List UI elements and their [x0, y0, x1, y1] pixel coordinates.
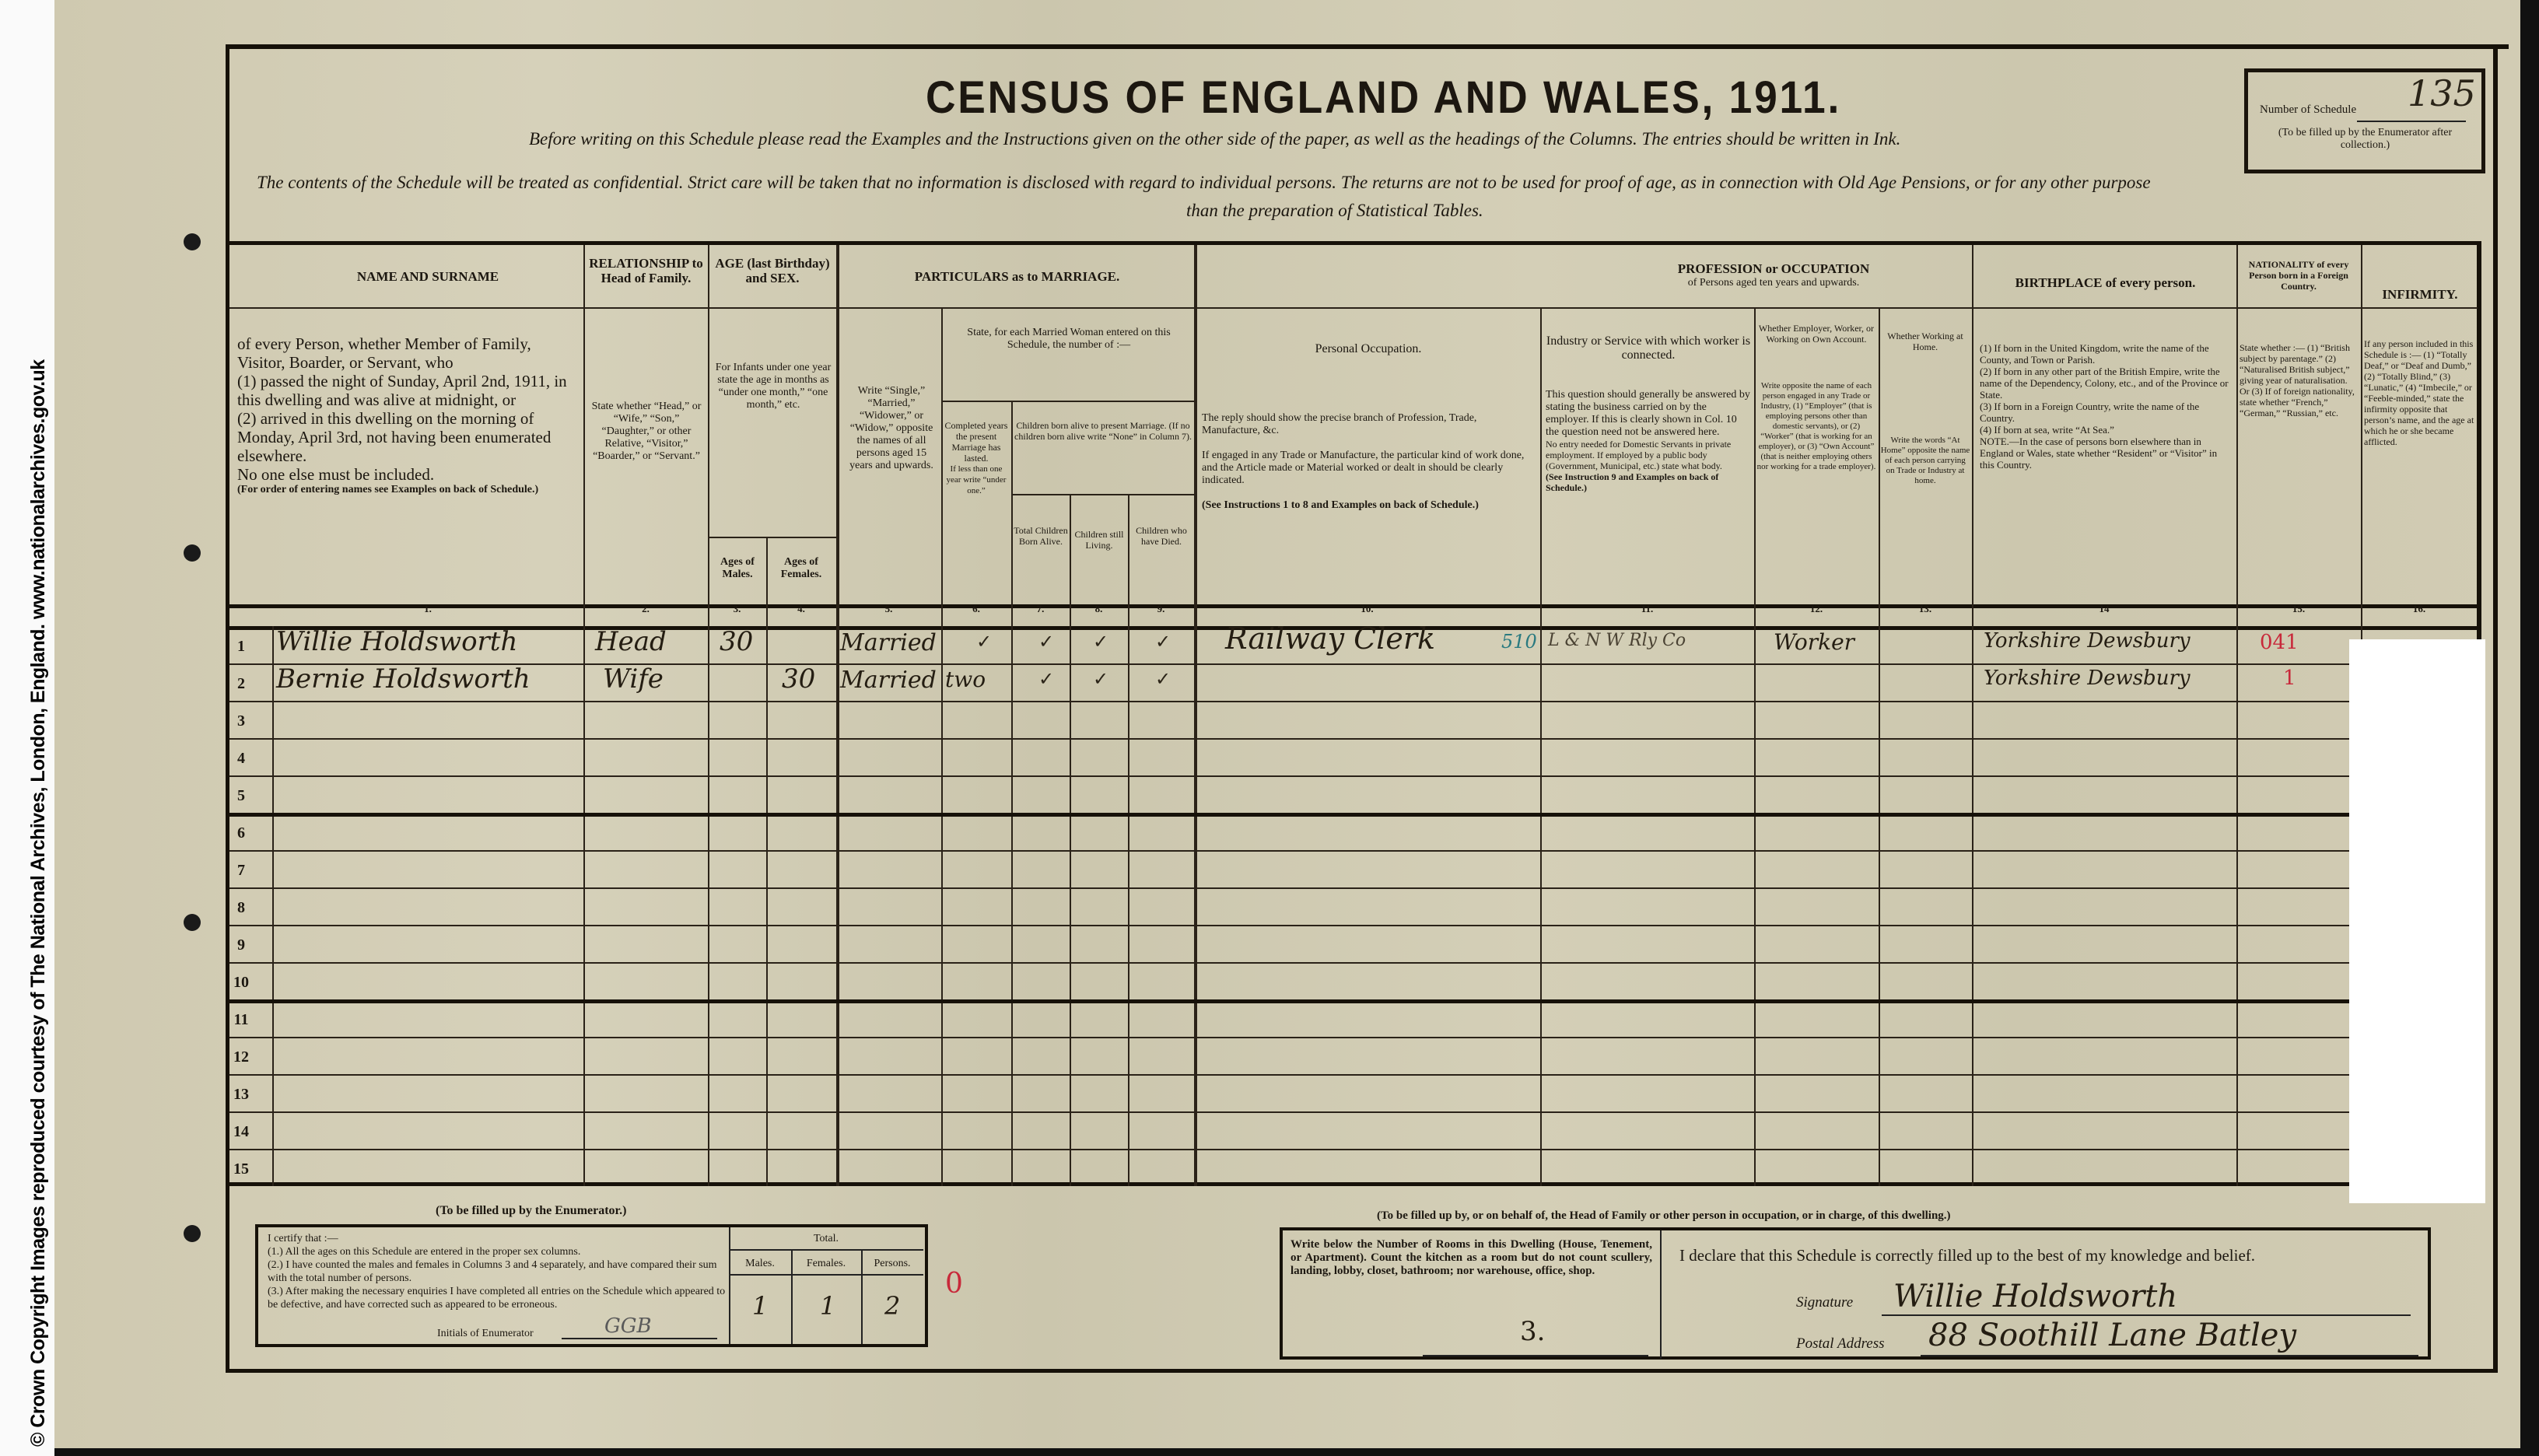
birthplace-d4: (4) If born at sea, write “At Sea.”: [1980, 424, 2233, 436]
row2-children-died[interactable]: ✓: [1155, 668, 1171, 690]
industry-d1: This question should generally be answer…: [1546, 389, 1751, 439]
row-number: 1: [229, 638, 253, 656]
totals-divider: [729, 1249, 923, 1251]
industry-d2: No entry needed for Domestic Servants in…: [1546, 439, 1751, 471]
row1-children-living[interactable]: ✓: [1093, 631, 1108, 653]
name-rule-1: (1) passed the night of Sunday, April 2n…: [237, 372, 580, 409]
row-line: [229, 738, 2478, 740]
postal-address-label: Postal Address: [1796, 1335, 1884, 1353]
col-marriage-completed: Completed years the present Marriage has…: [943, 420, 1010, 496]
col-infirmity-title: INFIRMITY.: [2382, 287, 2457, 302]
row2-red-code: 1: [2283, 667, 2296, 690]
col-divider: [1194, 245, 1197, 1186]
row1-name[interactable]: Willie Holdsworth: [276, 626, 517, 657]
col-marriage-write: Write “Single,” “Married,” “Widower,” or…: [844, 385, 939, 472]
total-females-label: Females.: [791, 1257, 861, 1270]
row2-birthplace[interactable]: Yorkshire Dewsbury: [1984, 667, 2191, 690]
declaration-text: I declare that this Schedule is correctl…: [1679, 1246, 2255, 1265]
postal-address[interactable]: 88 Soothill Lane Batley: [1928, 1318, 2296, 1353]
col-divider: [836, 245, 839, 1186]
row-line: [229, 850, 2478, 852]
row-number: 11: [229, 1011, 253, 1029]
name-rule-3: No one else must be included.: [237, 465, 580, 484]
personal-d2: If engaged in any Trade or Manufacture, …: [1202, 450, 1536, 487]
row2-condition[interactable]: Married: [840, 667, 937, 694]
total-persons-label: Persons.: [861, 1257, 923, 1270]
row-number: 13: [229, 1086, 253, 1104]
col-home: Whether Working at Home.: [1880, 331, 1970, 352]
initials-line: [562, 1338, 717, 1339]
col-marriage-state: State, for each Married Woman entered on…: [945, 327, 1192, 352]
col-personal-desc: The reply should show the precise branch…: [1202, 412, 1536, 512]
col-nationality-title: NATIONALITY of every Person born in a Fo…: [2238, 259, 2359, 292]
redacted-infirmity-area: [2349, 639, 2485, 1203]
row-line: [229, 1111, 2478, 1113]
row2-children-born[interactable]: ✓: [1038, 668, 1054, 690]
row-line: [229, 887, 2478, 889]
schedule-number-box: Number of Schedule 135 (To be filled up …: [2244, 68, 2485, 173]
col-birthplace-title: BIRTHPLACE of every person.: [2015, 275, 2196, 290]
col-divider: [708, 245, 709, 1186]
completed-text: Completed years the present Marriage has…: [943, 420, 1010, 464]
row2-years-married[interactable]: two: [945, 667, 986, 692]
col-age-desc: For Infants under one year state the age…: [712, 362, 835, 411]
row1-years-married[interactable]: ✓: [976, 631, 992, 653]
col-marriage-title: PARTICULARS as to MARRIAGE.: [915, 269, 1120, 284]
subheader-divider: [708, 537, 836, 538]
colnum-13: 13.: [1879, 603, 1972, 615]
row-line: [229, 1149, 2478, 1150]
personal-d3: (See Instructions 1 to 8 and Examples on…: [1202, 499, 1536, 512]
address-line: [1921, 1355, 2418, 1356]
colnum-5: 5.: [836, 603, 941, 615]
colnum-16: 16.: [2361, 603, 2478, 615]
row-line-thick: [229, 999, 2478, 1003]
colnum-3: 3.: [708, 603, 766, 615]
colnum-1: 1.: [272, 603, 583, 615]
birthplace-d2: (2) If born in any other part of the Bri…: [1980, 366, 2233, 401]
col-nationality-desc: State whether :— (1) “British subject by…: [2240, 342, 2358, 418]
col-personal-occupation: Personal Occupation.: [1198, 342, 1539, 356]
initials-label: Initials of Enumerator: [437, 1327, 534, 1340]
certify-1: (1.) All the ages on this Schedule are e…: [268, 1245, 727, 1258]
confidential-text-2: than the preparation of Statistical Tabl…: [1186, 201, 1483, 221]
col-industry: Industry or Service with which worker is…: [1544, 334, 1753, 362]
row2-name[interactable]: Bernie Holdsworth: [276, 663, 531, 695]
row-line: [229, 925, 2478, 926]
row-number: 6: [229, 824, 253, 842]
rooms-instruction: Write below the Number of Rooms in this …: [1291, 1238, 1652, 1278]
subheader-divider: [1011, 494, 1194, 495]
punch-hole: [184, 544, 201, 562]
schedule-number-label: Number of Schedule: [2260, 103, 2356, 117]
enumerator-certificate-box: I certify that :— (1.) All the ages on t…: [255, 1224, 928, 1347]
col-divider: [1972, 245, 1973, 1186]
row-number: 3: [229, 712, 253, 730]
occupier-declaration-box: Write below the Number of Rooms in this …: [1280, 1227, 2431, 1360]
col-infirmity-desc: If any person included in this Schedule …: [2364, 338, 2476, 447]
row1-birthplace[interactable]: Yorkshire Dewsbury: [1984, 629, 2191, 653]
row-number: 7: [229, 862, 253, 880]
schedule-number-line: [2357, 121, 2466, 122]
col-name-desc: of every Person, whether Member of Famil…: [237, 334, 580, 496]
schedule-number-note: (To be filled up by the Enumerator after…: [2254, 127, 2476, 152]
total-persons[interactable]: 2: [884, 1291, 900, 1321]
completed-note: If less than one year write “under one.”: [943, 464, 1010, 496]
row1-condition[interactable]: Married: [840, 629, 937, 656]
row-line: [229, 775, 2478, 777]
row-line: [229, 701, 2478, 702]
colnum-9: 9.: [1128, 603, 1194, 615]
col-age-title: AGE (last Birthday) and SEX.: [715, 256, 829, 285]
colnum-2: 2.: [583, 603, 708, 615]
rooms-line: [1423, 1355, 1648, 1356]
enumerator-initials[interactable]: GGB: [604, 1314, 652, 1338]
page-top-border: [226, 44, 2509, 49]
col-name-title: NAME AND SURNAME: [357, 269, 499, 284]
col-divider: [1128, 494, 1129, 1186]
row-line: [229, 1037, 2478, 1038]
col-age-females: Ages of Females.: [768, 556, 835, 581]
name-intro: of every Person, whether Member of Famil…: [237, 334, 580, 372]
col-age-males: Ages of Males.: [710, 556, 765, 581]
colnum-4: 4.: [766, 603, 836, 615]
row1-children-died[interactable]: ✓: [1155, 631, 1171, 653]
colnum-12: 12.: [1754, 603, 1879, 615]
page-title: CENSUS OF ENGLAND AND WALES, 1911.: [926, 72, 1841, 124]
punch-hole: [184, 1225, 201, 1242]
punch-hole: [184, 233, 201, 250]
row1-occupation[interactable]: Railway Clerk: [1225, 621, 1435, 656]
birthplace-d3: (3) If born in a Foreign Country, write …: [1980, 401, 2233, 424]
row2-children-living[interactable]: ✓: [1093, 668, 1108, 690]
total-label: Total.: [729, 1232, 923, 1245]
row-line-thick: [229, 813, 2478, 817]
certify-heading: I certify that :—: [268, 1232, 727, 1245]
subheader-divider: [941, 401, 1194, 402]
copyright-text: © Crown Copyright Images reproduced cour…: [27, 359, 50, 1447]
industry-d3: (See Instruction 9 and Examples on back …: [1546, 471, 1751, 493]
birthplace-d1: (1) If born in the United Kingdom, write…: [1980, 342, 2233, 366]
schedule-number-value[interactable]: 135: [2408, 72, 2476, 114]
row1-occupation-code: 510: [1501, 631, 1537, 653]
colnum-6: 6.: [941, 603, 1011, 615]
col-relationship-title: RELATIONSHIP to Head of Family.: [589, 256, 703, 285]
row1-children-born[interactable]: ✓: [1038, 631, 1054, 653]
col-industry-desc: This question should generally be answer…: [1546, 389, 1751, 493]
col-home-desc: Write the words “At Home” opposite the n…: [1880, 436, 1970, 486]
col-birthplace-desc: (1) If born in the United Kingdom, write…: [1980, 342, 2233, 471]
certify-3: (3.) After making the necessary enquirie…: [268, 1285, 727, 1311]
total-males-label: Males.: [729, 1257, 791, 1270]
punch-hole: [184, 914, 201, 931]
confidential-text: The contents of the Schedule will be tre…: [257, 173, 2466, 193]
row-line: [229, 663, 2478, 665]
row-line: [229, 962, 2478, 964]
row-number: 5: [229, 787, 253, 805]
certify-text: I certify that :— (1.) All the ages on t…: [268, 1232, 727, 1311]
row-number: 10: [229, 974, 253, 992]
colnum-10: 10.: [1194, 603, 1540, 615]
personal-d1: The reply should show the precise branch…: [1202, 412, 1536, 437]
row-number: 2: [229, 675, 253, 693]
page-bottom-border: [226, 1369, 2497, 1373]
row1-employer-status[interactable]: Worker: [1774, 629, 1854, 655]
row-number: 8: [229, 899, 253, 917]
row2-relationship[interactable]: Wife: [603, 663, 664, 695]
col-employer-desc: Write opposite the name of each person e…: [1756, 381, 1877, 472]
totals-divider: [729, 1274, 923, 1276]
signature-label: Signature: [1796, 1294, 1853, 1311]
name-rule-4: (For order of entering names see Example…: [237, 484, 580, 496]
col-divider: [766, 537, 768, 1186]
col-divider: [1540, 307, 1542, 1186]
row1-red-code: 041: [2260, 631, 2299, 654]
col-relationship-desc: State whether “Head,” or “Wife,” “Son,” …: [587, 401, 706, 463]
row1-relationship[interactable]: Head: [595, 626, 667, 657]
row-number: 4: [229, 750, 253, 768]
row-line: [229, 1074, 2478, 1076]
certify-2: (2.) I have counted the males and female…: [268, 1258, 727, 1285]
row-number: 9: [229, 936, 253, 954]
col-divider: [583, 245, 585, 1186]
row1-industry[interactable]: L & N W Rly Co: [1548, 631, 1686, 650]
instruction-text: Before writing on this Schedule please r…: [529, 129, 2163, 149]
page-right-border: [2493, 44, 2498, 1373]
colnum-7: 7.: [1011, 603, 1070, 615]
census-table: NAME AND SURNAME of every Person, whethe…: [226, 241, 2481, 1186]
row-number: 12: [229, 1048, 253, 1066]
birthplace-note: NOTE.—In the case of persons born elsewh…: [1980, 436, 2233, 471]
col-divider: [2236, 245, 2238, 1186]
col-have-died: Children who have Died.: [1129, 525, 1193, 547]
row-number: 14: [229, 1123, 253, 1141]
row-number: 15: [229, 1160, 253, 1178]
col-marriage-children: Children born alive to present Marriage.…: [1014, 420, 1192, 442]
enumerator-heading: (To be filled up by the Enumerator.): [436, 1204, 627, 1218]
total-females[interactable]: 1: [820, 1291, 835, 1321]
copyright-credit: © Crown Copyright Images reproduced cour…: [0, 0, 54, 1456]
col-divider: [1011, 401, 1013, 1186]
colnum-15: 15.: [2236, 603, 2361, 615]
header-divider: [229, 307, 2478, 309]
name-rule-2: (2) arrived in this dwelling on the morn…: [237, 409, 580, 465]
col-occupation-title: PROFESSION or OCCUPATION: [1678, 261, 1870, 276]
rownum-divider: [272, 626, 274, 1186]
signature[interactable]: Willie Holdsworth: [1893, 1279, 2177, 1314]
signature-line: [1882, 1314, 2411, 1316]
number-of-rooms[interactable]: 3.: [1520, 1316, 1545, 1347]
colnum-8: 8.: [1070, 603, 1128, 615]
col-total-born: Total Children Born Alive.: [1013, 525, 1069, 547]
occupier-divider: [1660, 1230, 1662, 1359]
page-left-border: [226, 44, 229, 247]
page-left-border-lower: [226, 1186, 229, 1369]
colnum-14: 14: [1972, 603, 2236, 615]
row2-age-female[interactable]: 30: [782, 663, 815, 695]
total-males[interactable]: 1: [752, 1291, 768, 1321]
row1-age-male[interactable]: 30: [720, 626, 753, 657]
col-divider: [1070, 494, 1071, 1186]
colnum-11: 11.: [1540, 603, 1754, 615]
col-employer: Whether Employer, Worker, or Working on …: [1756, 323, 1877, 345]
red-check-mark: 0: [945, 1268, 963, 1300]
col-still-living: Children still Living.: [1071, 529, 1127, 551]
occupier-heading: (To be filled up by, or on behalf of, th…: [1377, 1209, 1951, 1223]
